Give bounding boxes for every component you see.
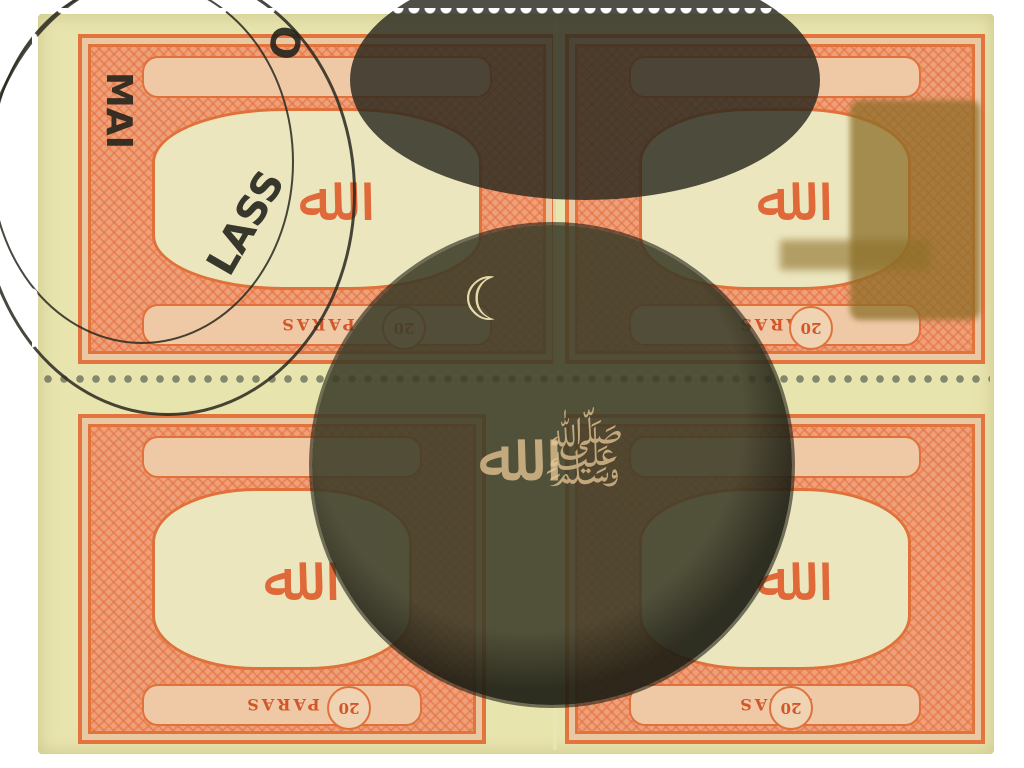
brown-ink-streak: [780, 240, 930, 270]
stamp-value: 20: [327, 686, 371, 730]
perforation-right: [988, 14, 1000, 754]
seal-cancel-center: ☾ ﷺ ﷲ: [312, 225, 792, 705]
stamp-currency-label: PARAS: [142, 684, 422, 726]
brown-ink-smudge: [850, 100, 980, 320]
seal-calligraphy: ﷺ ﷲ: [478, 415, 626, 516]
perforation-top: [38, 8, 994, 20]
stamp-value: 20: [769, 686, 813, 730]
postmark-text-mai: MAI: [98, 72, 139, 149]
tughra-icon: ﷲ: [263, 547, 301, 611]
crescent-icon: ☾: [462, 265, 516, 335]
tughra-icon: ﷲ: [756, 167, 794, 231]
perforation-bottom: [38, 748, 994, 760]
perforation-left: [32, 14, 44, 754]
stamp-value: 20: [789, 306, 833, 350]
